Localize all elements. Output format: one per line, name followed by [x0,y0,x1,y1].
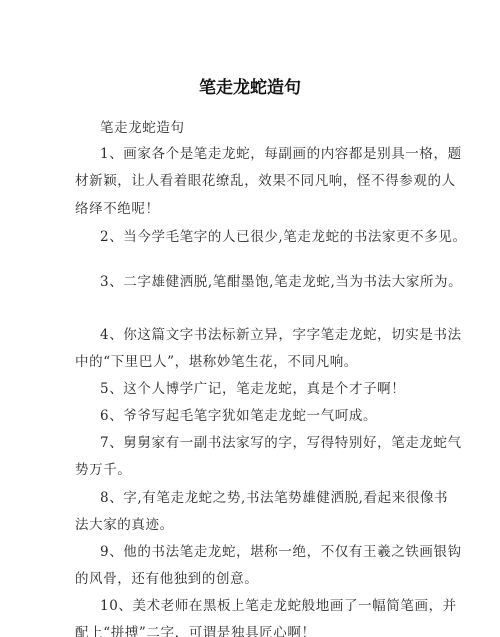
document-title: 笔走龙蛇造句 [0,73,500,98]
sentence-5: 5、这个人博学广记，笔走龙蛇，真是个才子啊！ [100,377,405,397]
sentence-8-line-2: 法大家的真迹。 [75,513,174,533]
sentence-1-line-2: 材新颖，让人看着眼花缭乱，效果不同凡响，怪不得参观的人 [75,169,456,189]
sentence-3: 3、二字雄健洒脱,笔酣墨饱,笔走龙蛇,当为书法大家所为。 [100,270,462,290]
sentence-1-line-3: 络绎不绝呢！ [75,197,160,217]
sentence-6: 6、爷爷写起毛笔字犹如笔走龙蛇一气呵成。 [100,404,377,424]
sentence-1-line-1: 1、画家各个是笔走龙蛇，每副画的内容都是别具一格，题 [100,142,462,162]
sentence-4-line-1: 4、你这篇文字书法标新立异，字字笔走龙蛇，切实是书法 [100,323,462,343]
sentence-10-line-2: 配上“拼搏”二字，可谓是独具匠心啊！ [75,621,316,637]
sentence-7-line-2: 势万千。 [75,458,131,478]
sentence-10-line-1: 10、美术老师在黑板上笔走龙蛇般地画了一幅简笔画，并 [100,594,457,614]
sentence-2: 2、当今学毛笔字的人已很少,笔走龙蛇的书法家更不多见。 [100,225,467,245]
sentence-4-line-2: 中的“下里巴人”，堪称妙笔生花，不同凡响。 [75,350,358,370]
sentence-8-line-1: 8、字,有笔走龙蛇之势,书法笔势雄健洒脱,看起来很像书 [100,486,448,506]
sentence-9-line-1: 9、他的书法笔走龙蛇，堪称一绝，不仅有王羲之铁画银钩 [100,540,462,560]
sentence-9-line-2: 的风骨，还有他独到的创意。 [75,567,258,587]
document-subtitle: 笔走龙蛇造句 [100,116,185,136]
sentence-7-line-1: 7、舅舅家有一副书法家写的字，写得特别好，笔走龙蛇气 [100,431,462,451]
